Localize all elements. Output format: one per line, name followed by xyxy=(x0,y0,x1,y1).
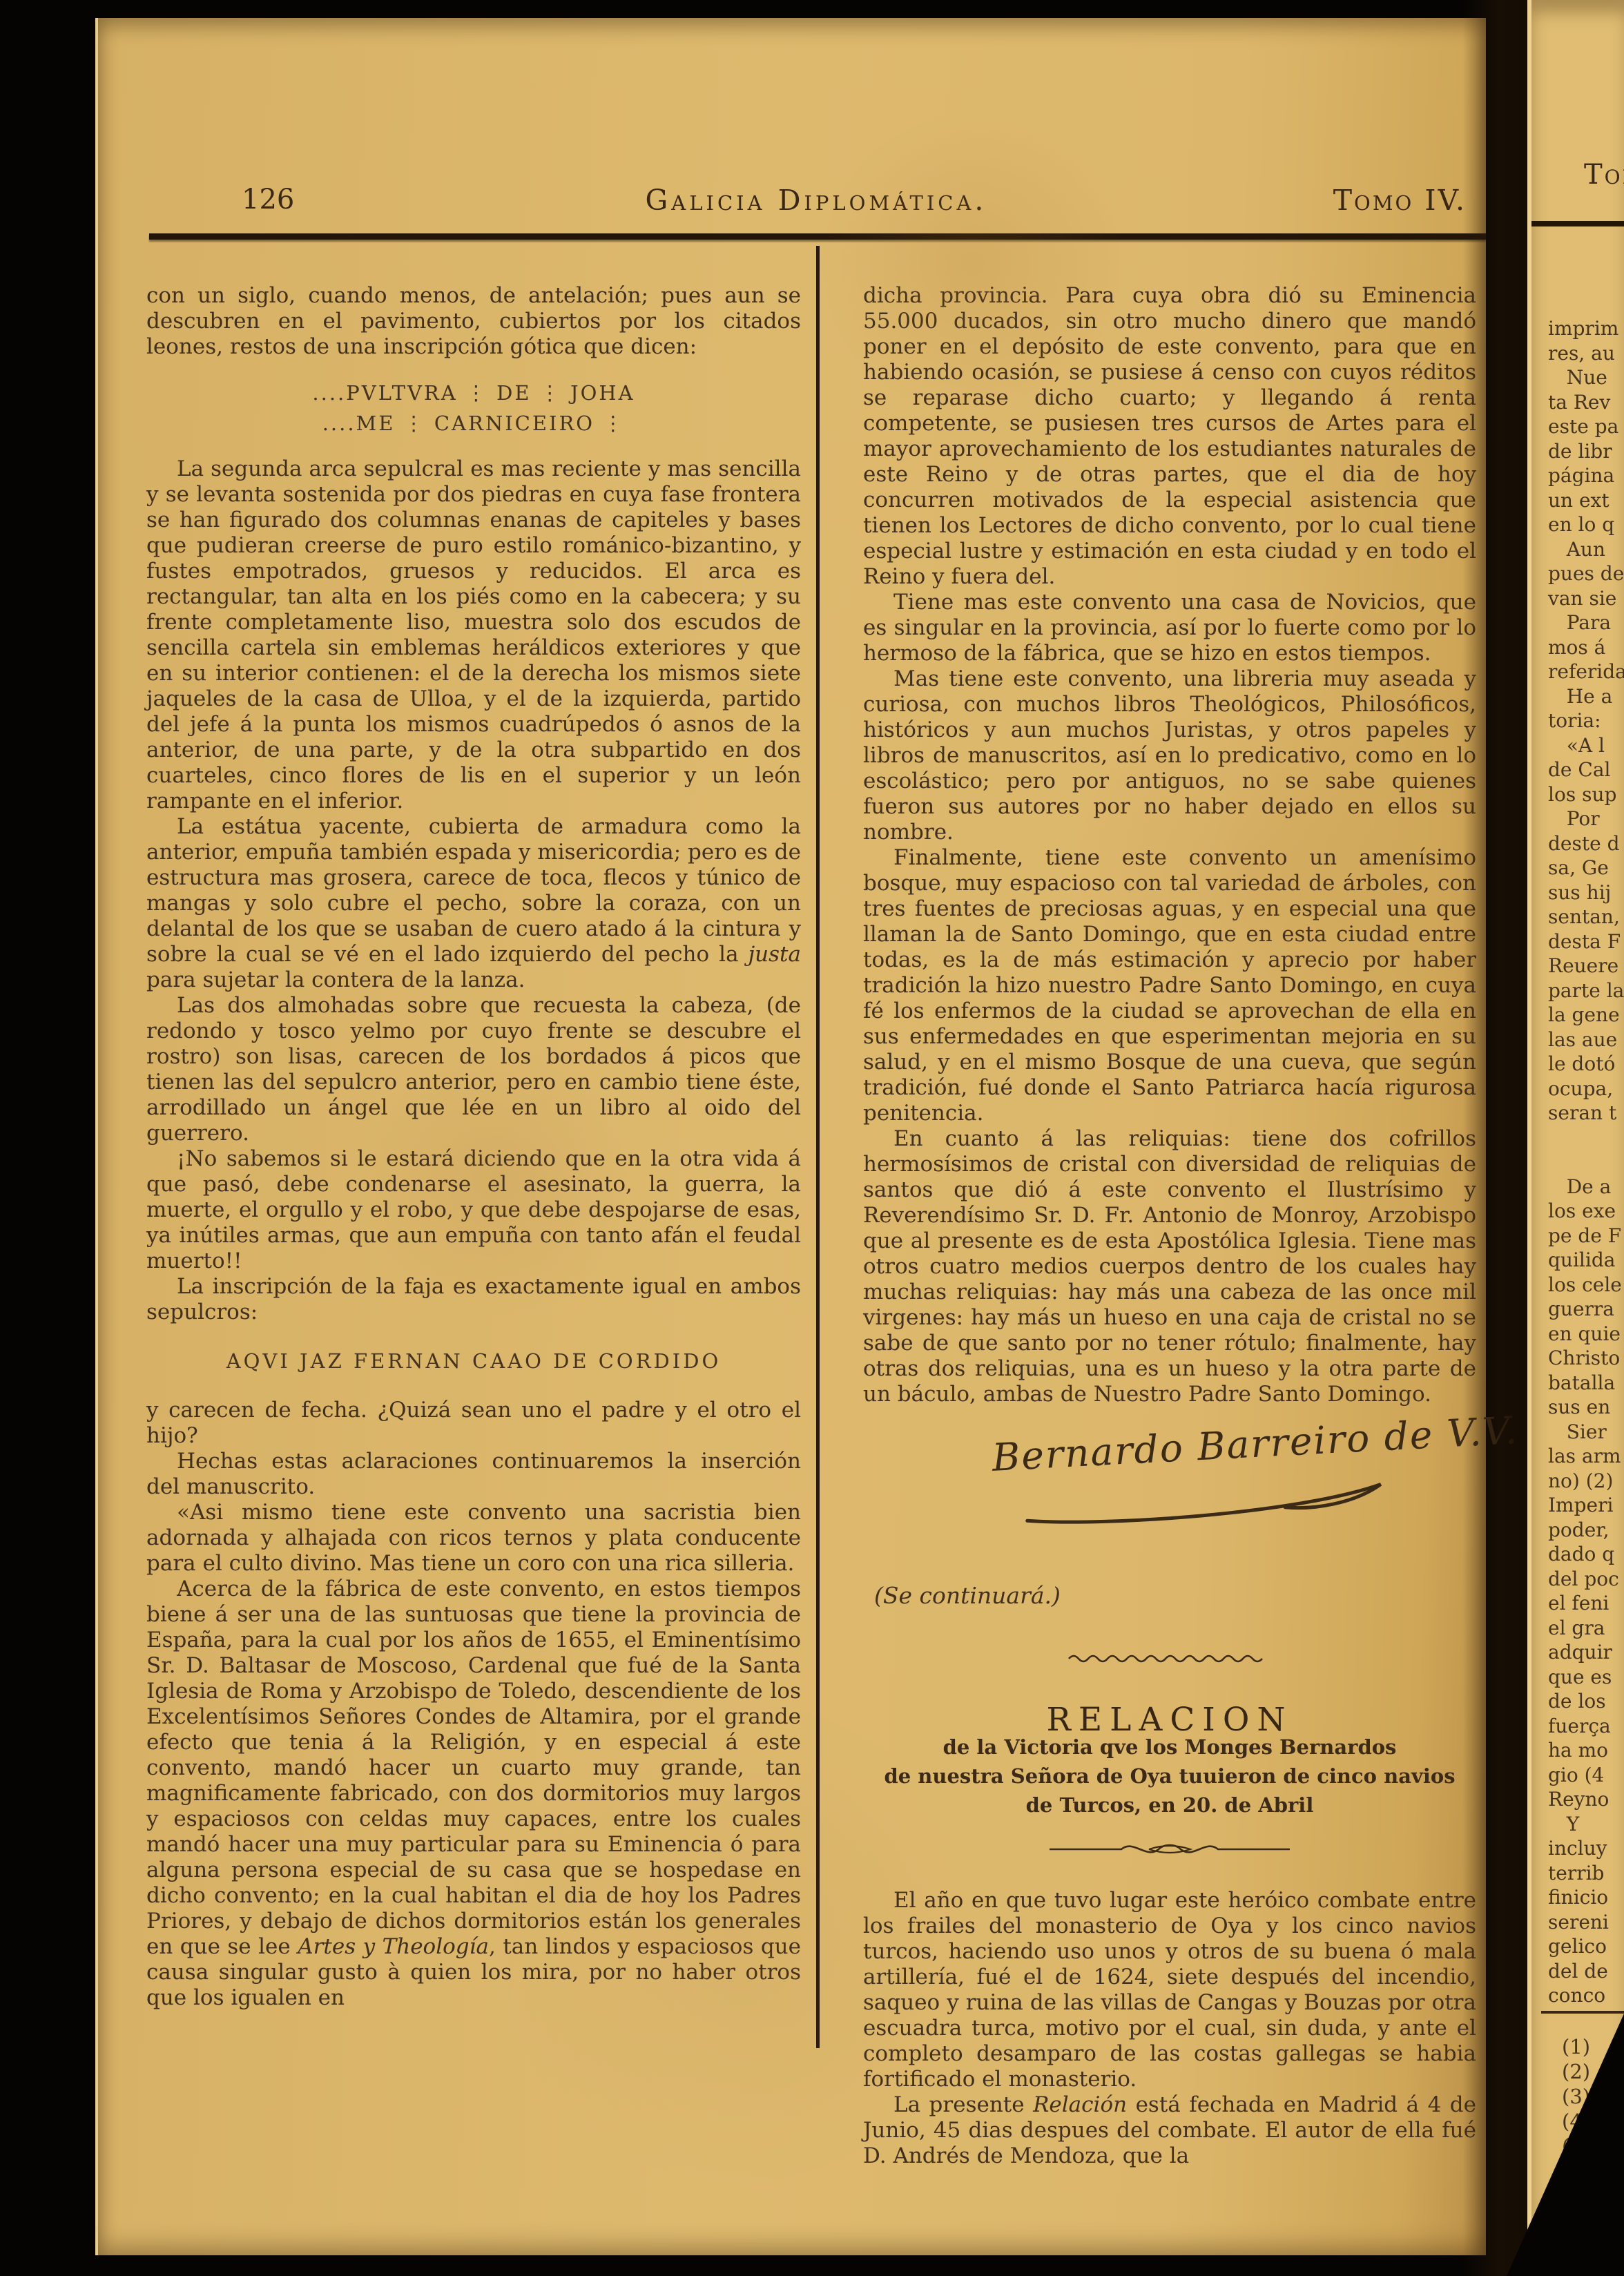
paragraph: La segunda arca sepulcral es mas recient… xyxy=(146,456,801,814)
paragraph: Las dos almohadas sobre que recuesta la … xyxy=(146,993,801,1146)
relacion-heading: RELACION xyxy=(863,1707,1476,1733)
paragraph-text: La presente xyxy=(893,2092,1033,2117)
column-divider xyxy=(816,246,820,2048)
paragraph: La estátua yacente, cubierta de armadura… xyxy=(146,814,801,993)
italic-word: justa xyxy=(748,942,801,967)
inscription-line: ....ME ⋮ CARNICEIRO ⋮ xyxy=(146,408,801,438)
italic-phrase: Artes y Theología xyxy=(298,1934,489,1959)
next-page-tomo-partial: Tom xyxy=(1584,159,1624,191)
paragraph: y carecen de fecha. ¿Quizá sean uno el p… xyxy=(146,1398,801,1449)
wavy-divider xyxy=(863,1644,1476,1670)
scanned-page-photo: { "page": { "number": "126", "title": "G… xyxy=(0,0,1624,2276)
paragraph-text: La estátua yacente, cubierta de armadura… xyxy=(146,814,801,967)
paragraph: con un siglo, cuando menos, de antelació… xyxy=(146,283,801,360)
paragraph: El año en que tuvo lugar este heróico co… xyxy=(863,1888,1476,2092)
paragraph: «Asi mismo tiene este convento una sacri… xyxy=(146,1500,801,1576)
signature-flourish xyxy=(1022,1477,1410,1529)
relacion-subtitle-line: de la Victoria qve los Monges Bernardos xyxy=(863,1733,1476,1762)
paragraph: En cuanto á las reliquias: tiene dos cof… xyxy=(863,1126,1476,1407)
paragraph: Acerca de la fábrica de este convento, e… xyxy=(146,1576,801,2011)
paragraph: ¡No sabemos si le estará diciendo que en… xyxy=(146,1146,801,1274)
page-number: 126 xyxy=(242,184,294,215)
italic-word: Relación xyxy=(1033,2092,1127,2117)
paragraph: La presente Relación está fechada en Mad… xyxy=(863,2092,1476,2169)
paragraph: La inscripción de la faja es exactamente… xyxy=(146,1274,801,1325)
handwritten-signature: Bernardo Barreiro de V.V. xyxy=(992,1422,1434,1470)
page-header: 126 Galicia Diplomática. Tomo IV. xyxy=(146,184,1486,225)
ornament-divider-glyph xyxy=(1045,1840,1294,1858)
paragraph: Tiene mas este convento una casa de Novi… xyxy=(863,590,1476,666)
ornament-divider xyxy=(863,1839,1476,1864)
paragraph: Mas tiene este convento, una libreria mu… xyxy=(863,666,1476,845)
relacion-subtitle-line: de nuestra Señora de Oya tuuieron de cin… xyxy=(863,1762,1476,1791)
next-page-header-rule xyxy=(1531,221,1624,226)
inscription-line: ....PVLTVRA ⋮ DE ⋮ JOHA xyxy=(146,378,801,408)
column-right: dicha provincia. Para cuya obra dió su E… xyxy=(863,283,1476,2169)
se-continuara-note: (Se continuará.) xyxy=(874,1583,1476,1608)
next-page-text-fragment: imprim res, au Nue ta Rev este pa de lib… xyxy=(1548,316,1624,2008)
next-page-fragment: Tom imprim res, au Nue ta Rev este pa de… xyxy=(1527,0,1624,2276)
page-gutter-shadow xyxy=(1462,0,1529,2276)
paragraph: Finalmente, tiene este convento un amení… xyxy=(863,845,1476,1126)
main-page: 126 Galicia Diplomática. Tomo IV. con un… xyxy=(95,18,1486,2255)
relacion-subtitle-line: de Turcos, en 20. de Abril xyxy=(863,1791,1476,1820)
tomo-label: Tomo IV. xyxy=(1333,184,1467,217)
paragraph-text: para sujetar la contera de la lanza. xyxy=(146,967,525,992)
paragraph-text: Acerca de la fábrica de este convento, e… xyxy=(146,1576,801,1959)
wavy-divider-glyph xyxy=(1066,1652,1273,1663)
header-rule xyxy=(149,233,1486,240)
paragraph: dicha provincia. Para cuya obra dió su E… xyxy=(863,283,1476,590)
column-left: con un siglo, cuando menos, de antelació… xyxy=(146,283,801,2011)
signature-block: Bernardo Barreiro de V.V. xyxy=(992,1422,1439,1562)
journal-title: Galicia Diplomática. xyxy=(646,184,987,217)
paragraph: Hechas estas aclaraciones continuaremos … xyxy=(146,1449,801,1500)
gothic-inscription: ....PVLTVRA ⋮ DE ⋮ JOHA ....ME ⋮ CARNICE… xyxy=(146,378,801,438)
epitaph-inscription: AQVI JAZ FERNAN CAAO DE CORDIDO xyxy=(146,1349,801,1374)
next-page-footnote-rule xyxy=(1541,2011,1624,2014)
